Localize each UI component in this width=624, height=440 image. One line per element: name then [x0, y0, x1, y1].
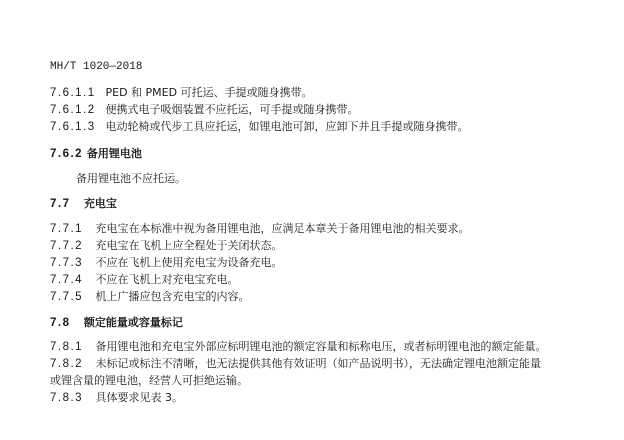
clause-number: 7.6.1.1 — [50, 86, 102, 100]
clause-number: 7.8.2 — [50, 357, 92, 371]
section-number: 7.8 — [50, 316, 80, 330]
clause-text: 备用锂电池和充电宝外部应标明锂电池的额定容量和标称电压，或者标明锂电池的额定能量… — [96, 340, 547, 353]
section-heading-7-8: 7.8 额定能量或容量标记 — [50, 316, 183, 330]
clause-number: 7.7.2 — [50, 239, 92, 253]
clause-7-7-2: 7.7.2 充电宝在飞机上应全程处于关闭状态。 — [50, 239, 283, 253]
clause-number: 7.8.3 — [50, 391, 92, 405]
clause-text: 机上广播应包含充电宝的内容。 — [96, 290, 250, 303]
clause-7-6-1-3: 7.6.1.3 电动轮椅或代步工具应托运，如锂电池可卸，应卸下并且手提或随身携带… — [50, 120, 469, 134]
clause-7-8-3: 7.8.3 具体要求见表 3。 — [50, 391, 183, 405]
document-id-header: MH/T 1020—2018 — [50, 60, 142, 74]
section-body-7-6-2: 备用锂电池不应托运。 — [76, 172, 186, 186]
clause-number: 7.7.3 — [50, 256, 92, 270]
clause-7-7-4: 7.7.4 不应在飞机上对充电宝充电。 — [50, 273, 239, 287]
clause-7-8-2: 7.8.2 未标记或标注不清晰，也无法提供其他有效证明（如产品说明书），无法确定… — [50, 357, 541, 371]
clause-number: 7.7.1 — [50, 222, 92, 236]
clause-number: 7.7.4 — [50, 273, 92, 287]
section-heading-7-6-2: 7.6.2 备用锂电池 — [50, 147, 142, 161]
clause-text: 充电宝在本标准中视为备用锂电池，应满足本章关于备用锂电池的相关要求。 — [96, 222, 470, 235]
clause-text: PED 和 PMED 可托运、手提或随身携带。 — [106, 86, 313, 99]
clause-text: 充电宝在飞机上应全程处于关闭状态。 — [96, 239, 283, 252]
clause-text: 电动轮椅或代步工具应托运，如锂电池可卸，应卸下并且手提或随身携带。 — [106, 120, 469, 133]
clause-7-7-3: 7.7.3 不应在飞机上使用充电宝为设备充电。 — [50, 256, 283, 270]
clause-text: 不应在飞机上使用充电宝为设备充电。 — [96, 256, 283, 269]
section-heading-7-7: 7.7 充电宝 — [50, 197, 117, 211]
clause-7-7-5: 7.7.5 机上广播应包含充电宝的内容。 — [50, 290, 250, 304]
clause-text: 未标记或标注不清晰，也无法提供其他有效证明（如产品说明书），无法确定锂电池额定能… — [96, 357, 542, 370]
clause-number: 7.8.1 — [50, 340, 92, 354]
clause-text: 便携式电子吸烟装置不应托运，可手提或随身携带。 — [106, 103, 359, 116]
clause-7-6-1-2: 7.6.1.2 便携式电子吸烟装置不应托运，可手提或随身携带。 — [50, 103, 359, 117]
section-title: 额定能量或容量标记 — [84, 316, 183, 329]
clause-7-8-2-continuation: 或锂含量的锂电池，经营人可拒绝运输。 — [50, 374, 248, 388]
clause-number: 7.6.1.3 — [50, 120, 102, 134]
clause-7-8-1: 7.8.1 备用锂电池和充电宝外部应标明锂电池的额定容量和标称电压，或者标明锂电… — [50, 340, 547, 354]
clause-text: 不应在飞机上对充电宝充电。 — [96, 273, 239, 286]
clause-text: 具体要求见表 3。 — [96, 391, 184, 404]
section-title: 充电宝 — [84, 197, 117, 210]
clause-7-7-1: 7.7.1 充电宝在本标准中视为备用锂电池，应满足本章关于备用锂电池的相关要求。 — [50, 222, 470, 236]
clause-7-6-1-1: 7.6.1.1 PED 和 PMED 可托运、手提或随身携带。 — [50, 86, 313, 100]
clause-number: 7.6.1.2 — [50, 103, 102, 117]
clause-number: 7.7.5 — [50, 290, 92, 304]
section-number: 7.6.2 — [50, 147, 83, 161]
section-number: 7.7 — [50, 197, 80, 211]
section-title: 备用锂电池 — [87, 147, 142, 160]
